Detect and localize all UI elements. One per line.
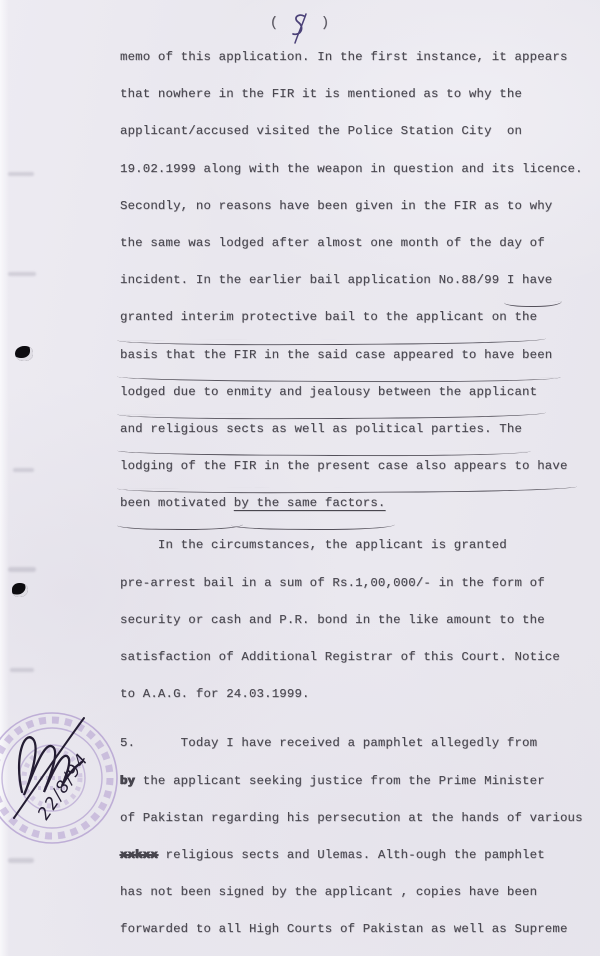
text-segment: 19.02.1999 along with the weapon in ques… bbox=[120, 151, 583, 188]
text-segment: incident. In the earlier bail applicatio… bbox=[120, 262, 507, 299]
close-paren: ) bbox=[321, 16, 330, 31]
document-line: forwarded to all High Courts of Pakistan… bbox=[120, 911, 590, 948]
signature: 22/8/94 bbox=[14, 718, 93, 824]
bleed-mark bbox=[8, 172, 34, 176]
text-segment: xxkxx bbox=[120, 837, 158, 874]
text-segment: of Pakistan regarding his persecution at… bbox=[120, 800, 583, 837]
document-line: that nowhere in the FIR it is mentioned … bbox=[120, 76, 590, 113]
text-segment: religious sects and Ulemas. Alth-ough th… bbox=[158, 837, 545, 874]
text-segment: memo of this application. In the first i… bbox=[120, 39, 568, 76]
open-paren: ( bbox=[270, 16, 279, 31]
document-line: 5. Today I have received a pamphlet alle… bbox=[120, 725, 590, 762]
document-line: xxkxx religious sects and Ulemas. Alth-o… bbox=[120, 837, 590, 874]
document-line: memo of this application. In the first i… bbox=[120, 39, 590, 76]
document-line: Secondly, no reasons have been given in … bbox=[120, 188, 590, 225]
document-line: lodging of the FIR in the present case a… bbox=[120, 448, 590, 485]
text-segment: Today I have received a pamphlet alleged… bbox=[135, 725, 537, 762]
document-page: ( ) memo of this application. In the fir… bbox=[0, 0, 600, 956]
text-segment: satisfaction of Additional Registrar of … bbox=[120, 639, 560, 676]
bleed-mark bbox=[8, 858, 34, 863]
signature-date: 22/8/94 bbox=[34, 749, 93, 823]
bleed-mark bbox=[10, 668, 34, 672]
text-segment: that nowhere in the FIR it is mentioned … bbox=[120, 76, 522, 113]
text-segment: by bbox=[120, 763, 135, 800]
text-segment: the same was lodged after almost one mon… bbox=[120, 225, 545, 262]
document-line: and religious sects as well as political… bbox=[120, 411, 590, 448]
document-line: granted interim protective bail to the a… bbox=[120, 299, 590, 336]
text-segment: Secondly, no reasons have been given in … bbox=[120, 188, 552, 225]
bleed-mark bbox=[8, 567, 36, 572]
text-segment: pre-arrest bail in a sum of Rs.1,00,000/… bbox=[120, 565, 545, 602]
document-line: pre-arrest bail in a sum of Rs.1,00,000/… bbox=[120, 565, 590, 602]
document-line: of Pakistan regarding his persecution at… bbox=[120, 800, 590, 837]
punch-hole-bottom bbox=[12, 583, 28, 597]
text-segment: In the circumstances, the applicant is g… bbox=[120, 527, 507, 564]
document-line: applicant/accused visited the Police Sta… bbox=[120, 113, 590, 150]
document-line: In the circumstances, the applicant is g… bbox=[120, 527, 590, 564]
document-line: has not been signed by the applicant , c… bbox=[120, 874, 590, 911]
text-segment: lodging of the FIR in the present case a… bbox=[120, 448, 568, 485]
text-segment: basis that the FIR in the said case appe… bbox=[120, 337, 552, 374]
text-segment: lodged due to enmity and jealousy betwee… bbox=[120, 374, 537, 411]
document-line: incident. In the earlier bail applicatio… bbox=[120, 262, 590, 299]
scan-edge-highlight bbox=[0, 0, 9, 956]
stamp-rings bbox=[0, 713, 117, 843]
document-line: security or cash and P.R. bond in the li… bbox=[120, 602, 590, 639]
punch-hole-top bbox=[15, 346, 33, 361]
text-segment: the applicant seeking justice from the P… bbox=[135, 763, 545, 800]
text-segment: 5. bbox=[120, 725, 135, 762]
text-segment: has not been signed by the applicant , c… bbox=[120, 874, 537, 911]
text-segment: to A.A.G. for 24.03.1999. bbox=[120, 676, 310, 713]
document-line: the same was lodged after almost one mon… bbox=[120, 225, 590, 262]
typewritten-text: memo of this application. In the first i… bbox=[120, 39, 590, 949]
document-line: lodged due to enmity and jealousy betwee… bbox=[120, 374, 590, 411]
text-segment: security or cash and P.R. bond in the li… bbox=[120, 602, 545, 639]
document-line: satisfaction of Additional Registrar of … bbox=[120, 639, 590, 676]
document-line: been motivated by the same factors. bbox=[120, 485, 590, 522]
bleed-mark bbox=[13, 468, 34, 472]
bleed-mark bbox=[8, 272, 36, 276]
document-line: basis that the FIR in the said case appe… bbox=[120, 337, 590, 374]
text-segment: applicant/accused visited the Police Sta… bbox=[120, 113, 522, 150]
text-segment: and religious sects as well as political… bbox=[120, 411, 522, 448]
text-segment: been motivated bbox=[120, 485, 234, 522]
text-segment: forwarded to all High Courts of Pakistan… bbox=[120, 911, 568, 948]
document-line: 19.02.1999 along with the weapon in ques… bbox=[120, 151, 590, 188]
text-segment: I have bbox=[507, 262, 553, 299]
document-line: by the applicant seeking justice from th… bbox=[120, 763, 590, 800]
text-segment: by the same factors. bbox=[234, 485, 386, 522]
text-segment: granted interim protective bail to the a… bbox=[120, 299, 537, 336]
document-line: to A.A.G. for 24.03.1999. bbox=[120, 676, 590, 713]
